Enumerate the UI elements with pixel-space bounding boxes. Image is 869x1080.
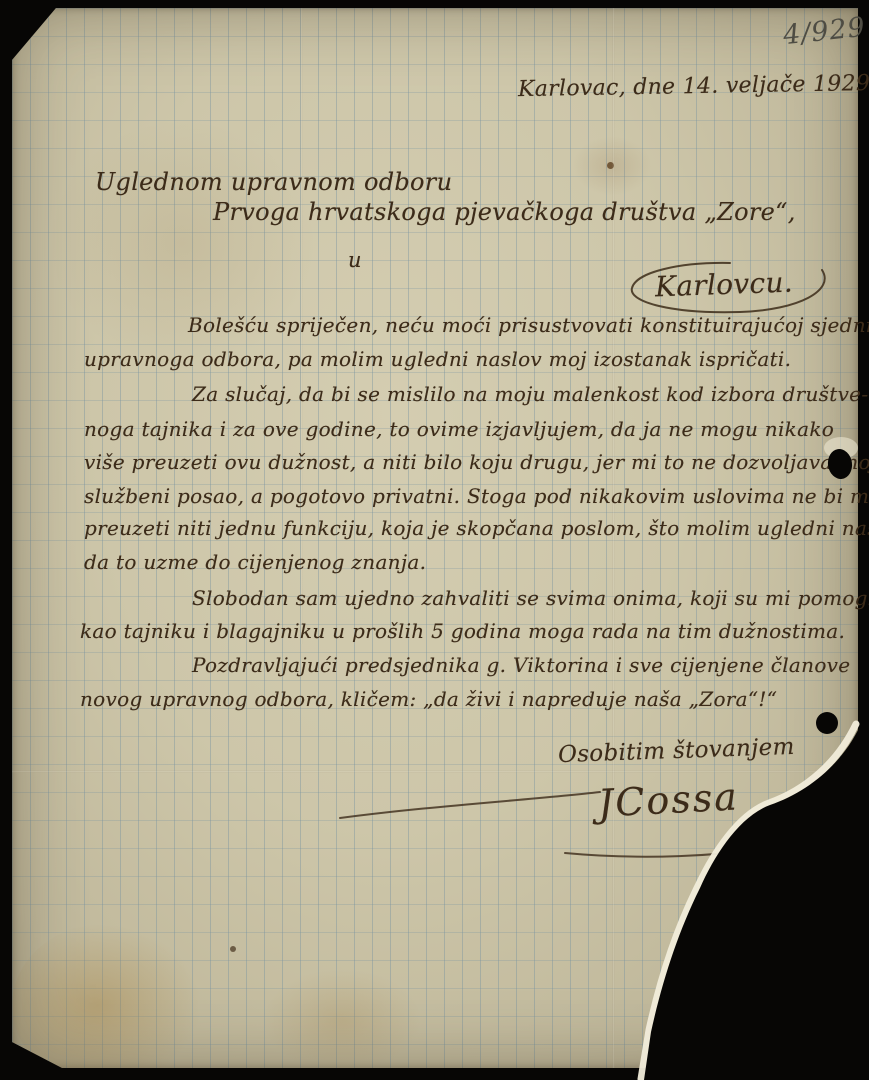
- body-line: Bolešću spriječen, neću moći prisustvova…: [188, 313, 869, 337]
- body-line: noga tajnika i za ove godine, to ovime i…: [84, 417, 834, 441]
- recipient-line: Prvoga hrvatskoga pjevačkoga društva „Zo…: [213, 198, 796, 226]
- stain: [12, 923, 202, 1080]
- body-line: više preuzeti ovu dužnost, a niti bilo k…: [84, 450, 869, 474]
- body-line: novog upravnog odbora, kličem: „da živi …: [80, 687, 777, 711]
- body-line: upravnoga odbora, pa molim ugledni naslo…: [84, 347, 791, 371]
- body-line: Pozdravljajući predsjednika g. Viktorina…: [192, 653, 850, 677]
- body-line: službeni posao, a pogotovo privatni. Sto…: [84, 484, 869, 508]
- recipient-line: Uglednom upravnom odboru: [95, 168, 452, 196]
- recipient-city: Karlovcu.: [654, 266, 793, 304]
- stain: [262, 968, 422, 1073]
- ink-speck: [230, 946, 236, 952]
- recipient-line: u: [348, 248, 362, 272]
- body-line: kao tajniku i blagajniku u prošlih 5 god…: [80, 619, 845, 643]
- body-line: Slobodan sam ujedno zahvaliti se svima o…: [192, 586, 869, 610]
- body-line: da to uzme do cijenjenog znanja.: [84, 550, 426, 574]
- body-line: Za slučaj, da bi se mislilo na moju male…: [192, 382, 868, 406]
- paper-crease: [12, 770, 858, 773]
- signature: JCossa: [597, 774, 740, 825]
- document-scan: 4/929 Karlovac, dne 14. veljače 1929. Ug…: [0, 0, 869, 1080]
- body-line: preuzeti niti jednu funkciju, koja je sk…: [84, 516, 869, 540]
